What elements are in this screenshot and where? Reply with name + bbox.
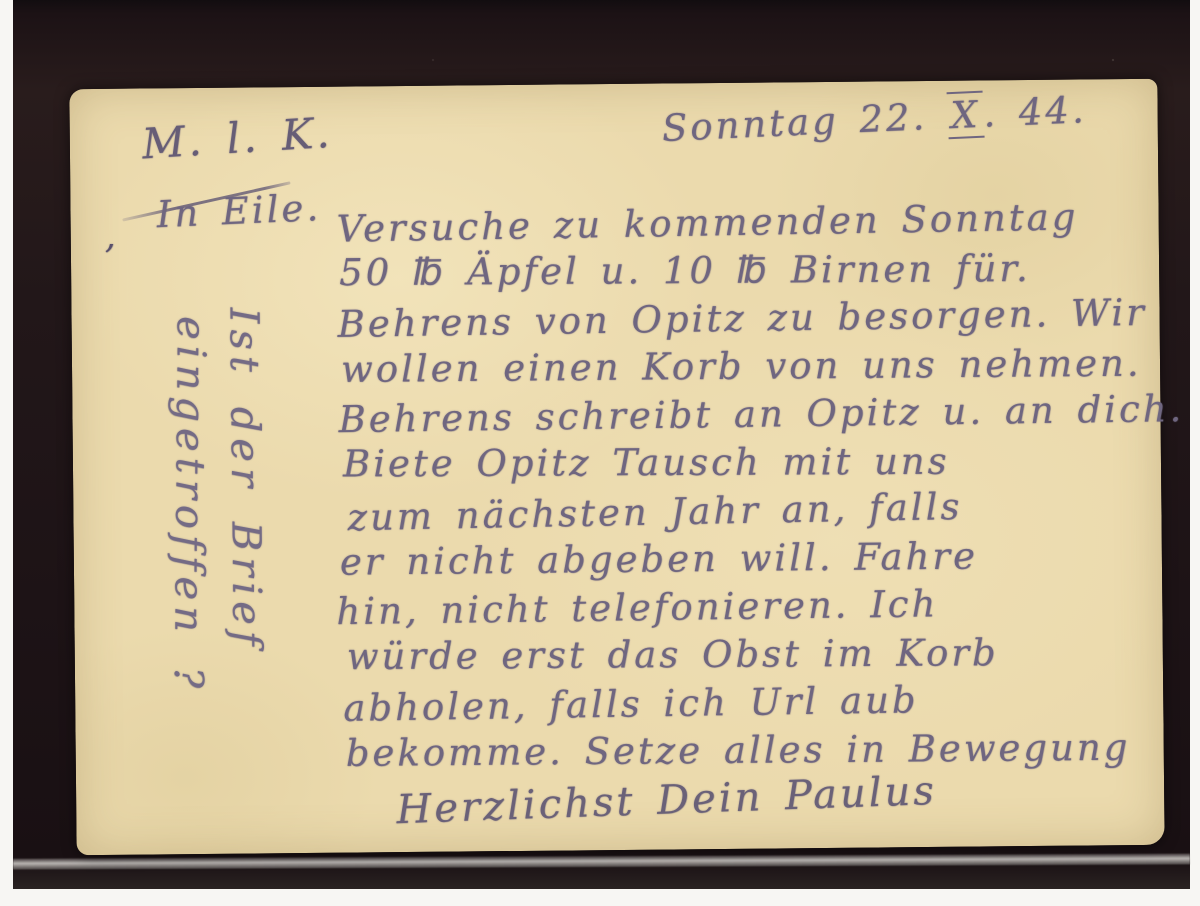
handwritten-line: würde erst das Obst im Korb — [347, 628, 1187, 681]
handwritten-line: hin, nicht telefonieren. Ich — [336, 577, 1186, 636]
dateline-year: . 44. — [982, 88, 1087, 136]
stray-pen-mark: , — [105, 217, 119, 257]
scanner-background: M. l. K. In Eile. , Sonntag 22. X. 44. V… — [13, 0, 1190, 889]
handwritten-line: bekomme. Setze alles in Bewegung — [346, 723, 1188, 778]
dateline: Sonntag 22. X. 44. — [661, 88, 1087, 150]
salutation: M. l. K. — [140, 108, 333, 169]
handwritten-line: Behrens schreibt an Opitz u. an dich. — [338, 385, 1184, 444]
postcard: M. l. K. In Eile. , Sonntag 22. X. 44. V… — [69, 79, 1164, 855]
letter-body: Versuche zu kommenden Sonntag 50 ℔ Äpfel… — [336, 195, 1187, 779]
margin-note-vertical: Ist der Brief eingetroffen ? — [159, 307, 275, 694]
haste-note: In Eile. — [156, 186, 322, 236]
signature: Herzlichst Dein Paulus — [396, 768, 938, 833]
margin-note-line: eingetroffen ? — [160, 316, 219, 694]
dateline-month-roman: X — [947, 91, 984, 140]
handwritten-line: wollen einen Korb von uns nehmen. — [341, 339, 1184, 394]
scanner-edge-highlight — [13, 853, 1190, 869]
margin-note-line: Ist der Brief — [215, 307, 275, 694]
handwritten-line: 50 ℔ Äpfel u. 10 ℔ Birnen für. — [339, 244, 1183, 297]
dateline-day: Sonntag 22. — [661, 94, 949, 150]
